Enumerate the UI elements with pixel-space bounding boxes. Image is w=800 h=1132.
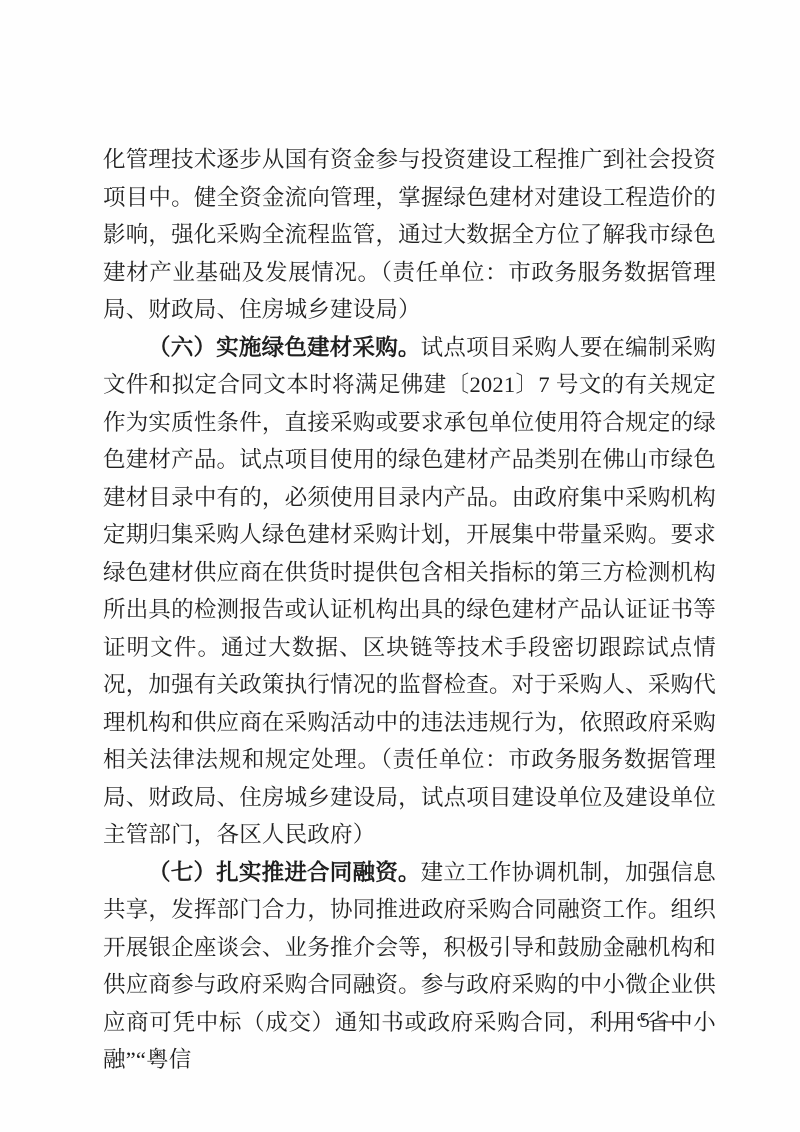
- paragraph-heading: （六）实施绿色建材采购。: [148, 335, 421, 360]
- paragraph: 化管理技术逐步从国有资金参与投资建设工程推广到社会投资项目中。健全资金流向管理，…: [103, 141, 716, 329]
- paragraph: （六）实施绿色建材采购。试点项目采购人要在编制采购文件和拟定合同文本时将满足佛建…: [103, 329, 716, 854]
- document-body: 化管理技术逐步从国有资金参与投资建设工程推广到社会投资项目中。健全资金流向管理，…: [103, 141, 716, 1079]
- page-number: — 5 —: [609, 1008, 682, 1032]
- document-page: 化管理技术逐步从国有资金参与投资建设工程推广到社会投资项目中。健全资金流向管理，…: [0, 0, 800, 1132]
- paragraph: （七）扎实推进合同融资。建立工作协调机制，加强信息共享，发挥部门合力，协同推进政…: [103, 854, 716, 1079]
- paragraph-heading: （七）扎实推进合同融资。: [148, 860, 421, 885]
- paragraph-text: 建立工作协调机制，加强信息共享，发挥部门合力，协同推进政府采购合同融资工作。组织…: [103, 860, 716, 1073]
- paragraph-text: 化管理技术逐步从国有资金参与投资建设工程推广到社会投资项目中。健全资金流向管理，…: [103, 147, 716, 322]
- paragraph-text: 试点项目采购人要在编制采购文件和拟定合同文本时将满足佛建〔2021〕7 号文的有…: [103, 335, 716, 848]
